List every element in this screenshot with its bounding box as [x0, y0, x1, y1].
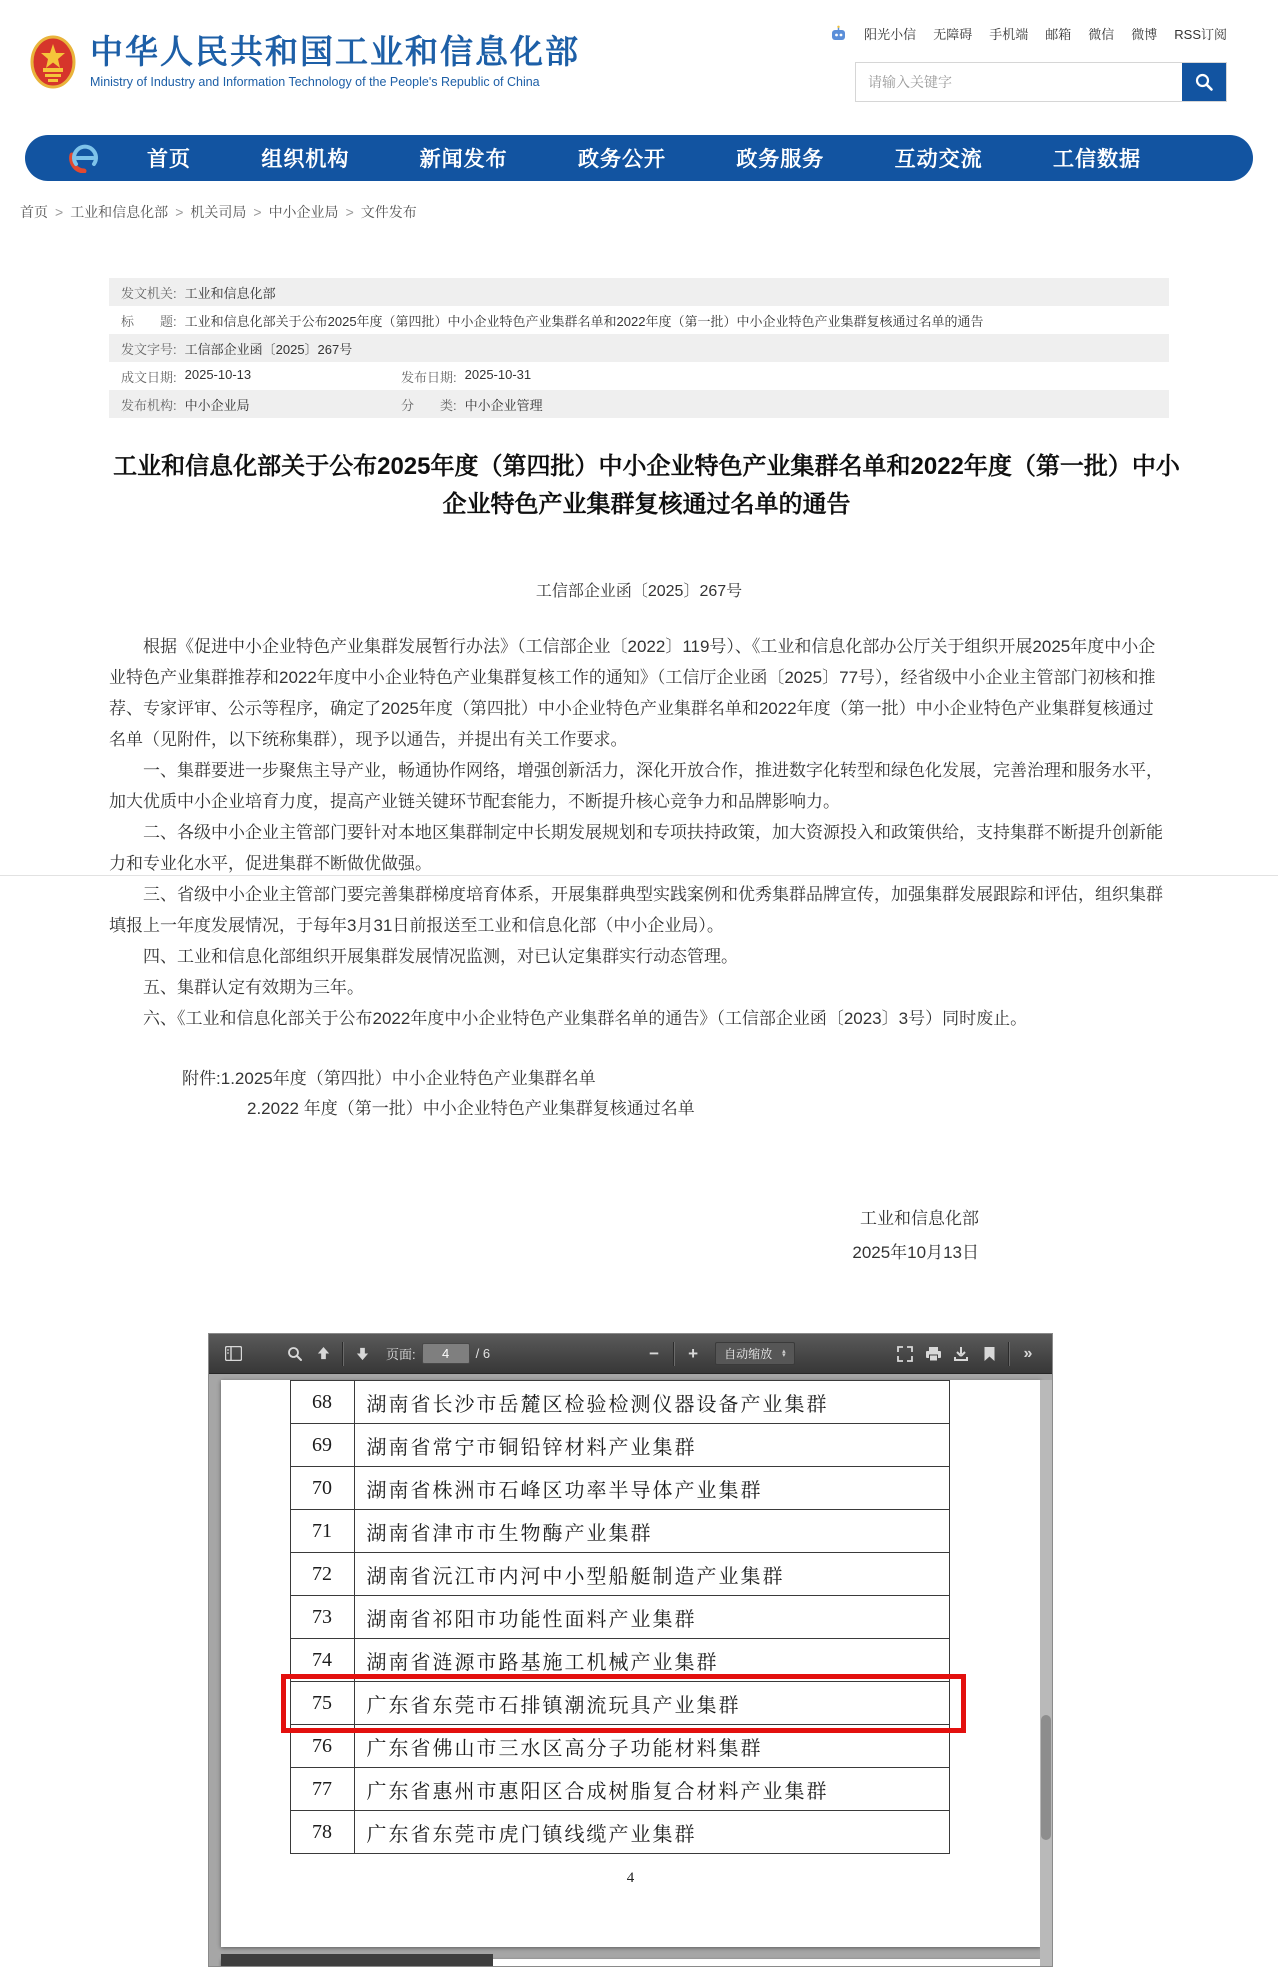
table-row: 73湖南省祁阳市功能性面料产业集群 — [290, 1596, 949, 1639]
document-title: 工业和信息化部关于公布2025年度（第四批）中小企业特色产业集群名单和2022年… — [109, 448, 1184, 524]
pdf-page-number: 4 — [221, 1870, 1041, 1887]
document-paragraph-6: 六、《工业和信息化部关于公布2022年度中小企业特色产业集群名单的通告》（工信部… — [109, 1003, 1169, 1034]
breadcrumb-item-2[interactable]: 机关司局 — [190, 204, 246, 220]
meta-value: 中小企业管理 — [465, 395, 543, 414]
meta-label: 发布机构: — [121, 395, 177, 414]
presentation-mode-icon[interactable] — [891, 1341, 919, 1367]
meta-label: 标 题: — [121, 311, 177, 330]
nav-item-4[interactable]: 政务服务 — [736, 143, 824, 173]
quick-link-2[interactable]: 手机端 — [989, 24, 1028, 43]
site-subtitle: Ministry of Industry and Information Tec… — [90, 75, 580, 89]
meta-label: 发文字号: — [121, 339, 177, 358]
row-cluster-name: 湖南省津市市生物酶产业集群 — [354, 1510, 949, 1553]
table-row: 71湖南省津市市生物酶产业集群 — [290, 1510, 949, 1553]
quick-link-5[interactable]: 微博 — [1131, 24, 1157, 43]
breadcrumb: 首页>工业和信息化部>机关司局>中小企业局>文件发布 — [20, 202, 1278, 222]
quick-link-0[interactable]: 阳光小信 — [864, 24, 916, 43]
page-divider — [0, 875, 1278, 876]
assistant-robot-icon[interactable] — [830, 25, 847, 42]
second-pdf-toolbar-edge — [221, 1954, 493, 1966]
bookmark-icon[interactable] — [975, 1341, 1003, 1367]
meta-cell: 分 类:中小企业管理 — [401, 395, 543, 414]
zoom-out-button[interactable]: − — [640, 1341, 668, 1367]
signature-date: 2025年10月13日 — [109, 1236, 979, 1270]
row-number: 70 — [290, 1467, 354, 1510]
pdf-page-4: 68湖南省长沙市岳麓区检验检测仪器设备产业集群69湖南省常宁市铜铅锌材料产业集群… — [221, 1380, 1041, 1947]
page-down-icon[interactable] — [348, 1341, 376, 1367]
page-number-input[interactable] — [422, 1343, 470, 1364]
nav-item-6[interactable]: 工信数据 — [1053, 143, 1141, 173]
table-row: 76广东省佛山市三水区高分子功能材料集群 — [290, 1725, 949, 1768]
meta-value: 2025-10-13 — [185, 367, 252, 386]
site-brand[interactable]: 中华人民共和国工业和信息化部 Ministry of Industry and … — [30, 34, 580, 89]
quick-links: 阳光小信无障碍手机端邮箱微信微博RSS订阅 — [830, 24, 1227, 43]
row-cluster-name: 湖南省涟源市路基施工机械产业集群 — [354, 1639, 949, 1682]
row-cluster-name: 广东省东莞市石排镇潮流玩具产业集群 — [354, 1682, 949, 1725]
miit-logo-icon — [69, 143, 99, 173]
meta-cell: 发布日期:2025-10-31 — [401, 367, 531, 386]
row-cluster-name: 广东省东莞市虎门镇线缆产业集群 — [354, 1811, 949, 1854]
document-paragraph-5: 五、集群认定有效期为三年。 — [109, 972, 1169, 1003]
meta-cell: 发文字号:工信部企业函〔2025〕267号 — [121, 339, 1157, 358]
document-body: 根据《促进中小企业特色产业集群发展暂行办法》（工信部企业〔2022〕119号）、… — [109, 631, 1169, 1034]
page-label: 页面: — [386, 1344, 416, 1363]
document-content: 发文机关:工业和信息化部标 题:工业和信息化部关于公布2025年度（第四批）中小… — [109, 278, 1169, 1270]
meta-value: 中小企业局 — [185, 395, 250, 414]
select-arrows-icon: ▴▾ — [782, 1350, 786, 1358]
quick-link-1[interactable]: 无障碍 — [933, 24, 972, 43]
site-header: 中华人民共和国工业和信息化部 Ministry of Industry and … — [0, 0, 1278, 125]
table-row: 75广东省东莞市石排镇潮流玩具产业集群 — [290, 1682, 949, 1725]
row-number: 72 — [290, 1553, 354, 1596]
table-row: 68湖南省长沙市岳麓区检验检测仪器设备产业集群 — [290, 1381, 949, 1424]
meta-row-1: 标 题:工业和信息化部关于公布2025年度（第四批）中小企业特色产业集群名单和2… — [109, 306, 1169, 334]
meta-cell: 发布机构:中小企业局 — [121, 395, 401, 414]
meta-label: 分 类: — [401, 395, 457, 414]
attachments: 附件:1.2025年度（第四批）中小企业特色产业集群名单 2.2022 年度（第… — [109, 1064, 1169, 1124]
quick-link-6[interactable]: RSS订阅 — [1174, 24, 1227, 43]
row-cluster-name: 湖南省沅江市内河中小型船艇制造产业集群 — [354, 1553, 949, 1596]
search-icon — [1194, 72, 1214, 92]
document-paragraph-4: 四、工业和信息化部组织开展集群发展情况监测，对已认定集群实行动态管理。 — [109, 941, 1169, 972]
pdf-viewer: 页面: / 6 − + 自动缩放 ▴▾ — [208, 1333, 1053, 1967]
nav-item-1[interactable]: 组织机构 — [261, 143, 349, 173]
row-number: 74 — [290, 1639, 354, 1682]
row-number: 76 — [290, 1725, 354, 1768]
row-number: 68 — [290, 1381, 354, 1424]
row-cluster-name: 湖南省祁阳市功能性面料产业集群 — [354, 1596, 949, 1639]
pdf-search-icon[interactable] — [281, 1341, 309, 1367]
document-number: 工信部企业函〔2025〕267号 — [109, 578, 1169, 601]
nav-item-3[interactable]: 政务公开 — [578, 143, 666, 173]
site-title: 中华人民共和国工业和信息化部 — [90, 34, 580, 70]
pdf-toolbar: 页面: / 6 − + 自动缩放 ▴▾ — [209, 1334, 1052, 1374]
pdf-content[interactable]: 68湖南省长沙市岳麓区检验检测仪器设备产业集群69湖南省常宁市铜铅锌材料产业集群… — [209, 1380, 1052, 1967]
meta-value: 2025-10-31 — [465, 367, 532, 386]
meta-label: 成文日期: — [121, 367, 177, 386]
meta-row-0: 发文机关:工业和信息化部 — [109, 278, 1169, 306]
row-number: 78 — [290, 1811, 354, 1854]
table-row: 78广东省东莞市虎门镇线缆产业集群 — [290, 1811, 949, 1854]
attachment-line-1[interactable]: 附件:1.2025年度（第四批）中小企业特色产业集群名单 — [182, 1064, 1169, 1094]
search-input[interactable] — [856, 63, 1182, 101]
attachment-line-2[interactable]: 2.2022 年度（第一批）中小企业特色产业集群复核通过名单 — [247, 1094, 1169, 1124]
nav-item-5[interactable]: 互动交流 — [895, 143, 983, 173]
meta-label: 发文机关: — [121, 283, 177, 302]
row-cluster-name: 湖南省常宁市铜铅锌材料产业集群 — [354, 1424, 949, 1467]
meta-row-2: 发文字号:工信部企业函〔2025〕267号 — [109, 334, 1169, 362]
nav-item-2[interactable]: 新闻发布 — [420, 143, 508, 173]
row-number: 75 — [290, 1682, 354, 1725]
meta-value: 工信部企业函〔2025〕267号 — [185, 339, 353, 358]
national-emblem-icon — [30, 35, 76, 89]
page-total: / 6 — [476, 1346, 490, 1361]
meta-row-3: 成文日期:2025-10-13发布日期:2025-10-31 — [109, 362, 1169, 390]
breadcrumb-separator: > — [55, 204, 63, 220]
document-paragraph-2: 二、各级中小企业主管部门要针对本地区集群制定中长期发展规划和专项扶持政策，加大资… — [109, 817, 1169, 879]
more-tools-button[interactable]: » — [1014, 1341, 1042, 1367]
document-paragraph-1: 一、集群要进一步聚焦主导产业，畅通协作网络，增强创新活力，深化开放合作，推进数字… — [109, 755, 1169, 817]
signature-org: 工业和信息化部 — [109, 1202, 979, 1236]
zoom-select[interactable]: 自动缩放 ▴▾ — [715, 1342, 795, 1365]
table-row: 70湖南省株洲市石峰区功率半导体产业集群 — [290, 1467, 949, 1510]
download-icon[interactable] — [947, 1341, 975, 1367]
document-meta-table: 发文机关:工业和信息化部标 题:工业和信息化部关于公布2025年度（第四批）中小… — [109, 278, 1169, 418]
cluster-table: 68湖南省长沙市岳麓区检验检测仪器设备产业集群69湖南省常宁市铜铅锌材料产业集群… — [290, 1380, 950, 1854]
pdf-scrollbar-thumb[interactable] — [1041, 1715, 1051, 1840]
meta-label: 发布日期: — [401, 367, 457, 386]
row-number: 69 — [290, 1424, 354, 1467]
breadcrumb-item-3[interactable]: 中小企业局 — [269, 204, 339, 220]
pdf-scrollbar[interactable] — [1040, 1380, 1052, 1967]
meta-value: 工业和信息化部关于公布2025年度（第四批）中小企业特色产业集群名单和2022年… — [185, 311, 984, 330]
breadcrumb-separator: > — [175, 204, 183, 220]
row-cluster-name: 湖南省长沙市岳麓区检验检测仪器设备产业集群 — [354, 1381, 949, 1424]
meta-cell: 标 题:工业和信息化部关于公布2025年度（第四批）中小企业特色产业集群名单和2… — [121, 311, 1157, 330]
breadcrumb-item-1[interactable]: 工业和信息化部 — [70, 204, 168, 220]
nav-items: 首页组织机构新闻发布政务公开政务服务互动交流工信数据 — [147, 143, 1207, 173]
row-number: 73 — [290, 1596, 354, 1639]
table-row: 74湖南省涟源市路基施工机械产业集群 — [290, 1639, 949, 1682]
document-signature: 工业和信息化部 2025年10月13日 — [109, 1202, 1169, 1270]
search-button[interactable] — [1182, 63, 1226, 101]
meta-cell: 发文机关:工业和信息化部 — [121, 283, 1157, 302]
main-navbar: 首页组织机构新闻发布政务公开政务服务互动交流工信数据 — [25, 135, 1253, 181]
row-cluster-name: 广东省佛山市三水区高分子功能材料集群 — [354, 1725, 949, 1768]
meta-value: 工业和信息化部 — [185, 283, 276, 302]
breadcrumb-item-4[interactable]: 文件发布 — [361, 204, 417, 220]
quick-link-3[interactable]: 邮箱 — [1045, 24, 1071, 43]
print-icon[interactable] — [919, 1341, 947, 1367]
breadcrumb-item-0[interactable]: 首页 — [20, 204, 48, 220]
page-up-icon[interactable] — [309, 1341, 337, 1367]
breadcrumb-separator: > — [253, 204, 261, 220]
row-number: 77 — [290, 1768, 354, 1811]
meta-cell: 成文日期:2025-10-13 — [121, 367, 401, 386]
sidebar-toggle-icon[interactable] — [219, 1341, 247, 1367]
quick-link-4[interactable]: 微信 — [1088, 24, 1114, 43]
document-paragraph-3: 三、省级中小企业主管部门要完善集群梯度培育体系，开展集群典型实践案例和优秀集群品… — [109, 879, 1169, 941]
row-number: 71 — [290, 1510, 354, 1553]
table-row: 72湖南省沅江市内河中小型船艇制造产业集群 — [290, 1553, 949, 1596]
row-cluster-name: 湖南省株洲市石峰区功率半导体产业集群 — [354, 1467, 949, 1510]
nav-item-0[interactable]: 首页 — [147, 143, 191, 173]
document-paragraph-0: 根据《促进中小企业特色产业集群发展暂行办法》（工信部企业〔2022〕119号）、… — [109, 631, 1169, 755]
breadcrumb-separator: > — [346, 204, 354, 220]
table-row: 77广东省惠州市惠阳区合成树脂复合材料产业集群 — [290, 1768, 949, 1811]
site-search — [855, 62, 1227, 102]
zoom-in-button[interactable]: + — [679, 1341, 707, 1367]
meta-row-4: 发布机构:中小企业局分 类:中小企业管理 — [109, 390, 1169, 418]
row-cluster-name: 广东省惠州市惠阳区合成树脂复合材料产业集群 — [354, 1768, 949, 1811]
table-row: 69湖南省常宁市铜铅锌材料产业集群 — [290, 1424, 949, 1467]
